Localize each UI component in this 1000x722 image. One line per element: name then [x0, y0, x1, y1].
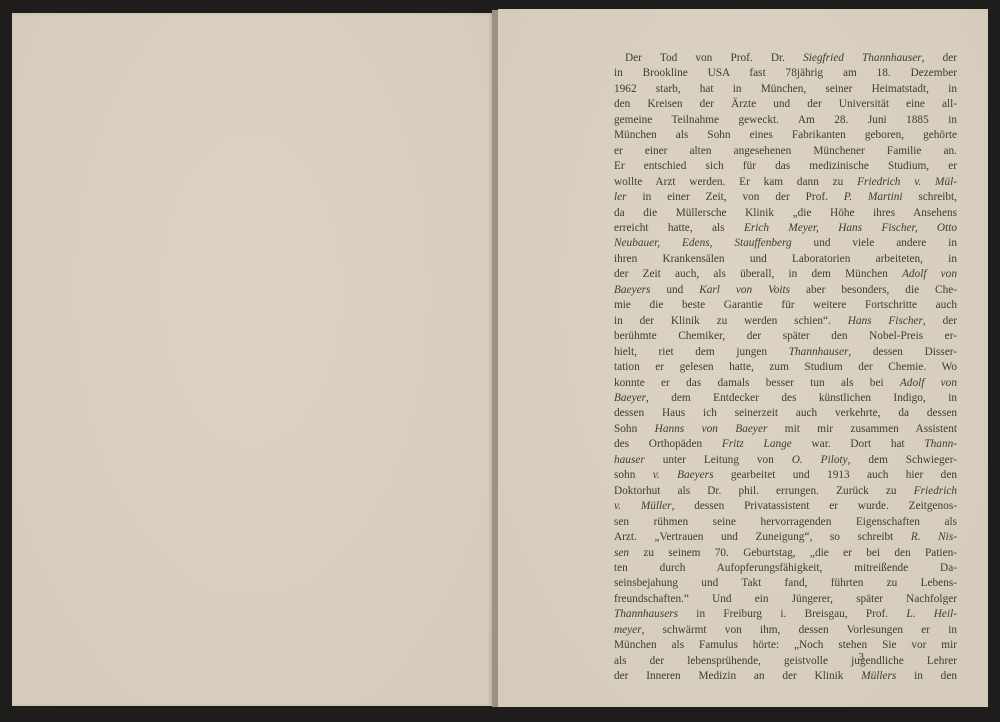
text-line: ten durch Aufopferungsfähigkeit, mitreiß… [614, 561, 957, 576]
text-line: wollte Arzt werden. Er kam dann zu Fried… [614, 175, 957, 190]
text-line: Sohn Hanns von Baeyer mit mir zusammen A… [614, 422, 957, 437]
text-line: des Orthopäden Fritz Lange war. Dort hat… [614, 437, 957, 452]
text-line: München als Famulus hörte: „Noch stehen … [614, 638, 957, 653]
text-line: in der Klinik zu werden schien“. Hans Fi… [614, 314, 957, 329]
text-line: meyer, schwärmt von ihm, dessen Vorlesun… [614, 623, 957, 638]
text-line: freundschaften.“ Und ein Jüngerer, späte… [614, 592, 957, 607]
text-line: Baeyer, dem Entdecker des künstlichen In… [614, 391, 957, 406]
text-line: hauser unter Leitung von O. Piloty, dem … [614, 453, 957, 468]
text-line: erreicht hatte, als Erich Meyer, Hans Fi… [614, 221, 957, 236]
text-line: sohn v. Baeyers gearbeitet und 1913 auch… [614, 468, 957, 483]
text-line: den Kreisen der Ärzte und der Universitä… [614, 97, 957, 112]
text-line: tation er gelesen hatte, zum Studium der… [614, 360, 957, 375]
text-line: da die Müllersche Klinik „die Höhe ihres… [614, 206, 957, 221]
text-line: 1962 starb, hat in München, seiner Heima… [614, 82, 957, 97]
text-line: sen zu seinem 70. Geburtstag, „die er be… [614, 546, 957, 561]
text-line: Doktorhut als Dr. phil. errungen. Zurück… [614, 484, 957, 499]
text-line: hielt, riet dem jungen Thannhauser, dess… [614, 345, 957, 360]
text-line: dessen Haus ich seinerzeit auch verkehrt… [614, 406, 957, 421]
text-line: Er entschied sich für das medizinische S… [614, 159, 957, 174]
text-line: der Inneren Medizin an der Klinik Müller… [614, 669, 957, 684]
text-line: seinsbejahung und Takt fand, führten zu … [614, 576, 957, 591]
text-line: Der Tod von Prof. Dr. Siegfried Thannhau… [614, 51, 957, 66]
text-line: Thannhausers in Freiburg i. Breisgau, Pr… [614, 607, 957, 622]
text-line: sen rühmen seine hervorragenden Eigensch… [614, 515, 957, 530]
left-page-blank [12, 13, 492, 706]
text-line: München als Sohn eines Fabrikanten gebor… [614, 128, 957, 143]
text-line: ihren Krankensälen und Laboratorien arbe… [614, 252, 957, 267]
text-line: berühmte Chemiker, der später den Nobel-… [614, 329, 957, 344]
text-line: ler in einer Zeit, von der Prof. P. Mart… [614, 190, 957, 205]
right-page: Der Tod von Prof. Dr. Siegfried Thannhau… [498, 9, 988, 707]
body-text: Der Tod von Prof. Dr. Siegfried Thannhau… [614, 51, 957, 685]
text-line: Baeyers und Karl von Voits aber besonder… [614, 283, 957, 298]
text-line: gemeine Teilnahme geweckt. Am 28. Juni 1… [614, 113, 957, 128]
text-line: der Zeit auch, als überall, in dem Münch… [614, 267, 957, 282]
text-line: v. Müller, dessen Privatassistent er wur… [614, 499, 957, 514]
text-line: als der lebensprühende, geistvolle jugen… [614, 654, 957, 669]
text-line: in Brookline USA fast 78jährig am 18. De… [614, 66, 957, 81]
text-line: Arzt. „Vertrauen und Zuneigung“, so schr… [614, 530, 957, 545]
text-line: konnte er das damals besser tun als bei … [614, 376, 957, 391]
text-line: mie die beste Garantie für weitere Forts… [614, 298, 957, 313]
text-line: Neubauer, Edens, Stauffenberg und viele … [614, 236, 957, 251]
text-line: er einer alten angesehenen Münchener Fam… [614, 144, 957, 159]
page-number: 3 [859, 651, 865, 663]
